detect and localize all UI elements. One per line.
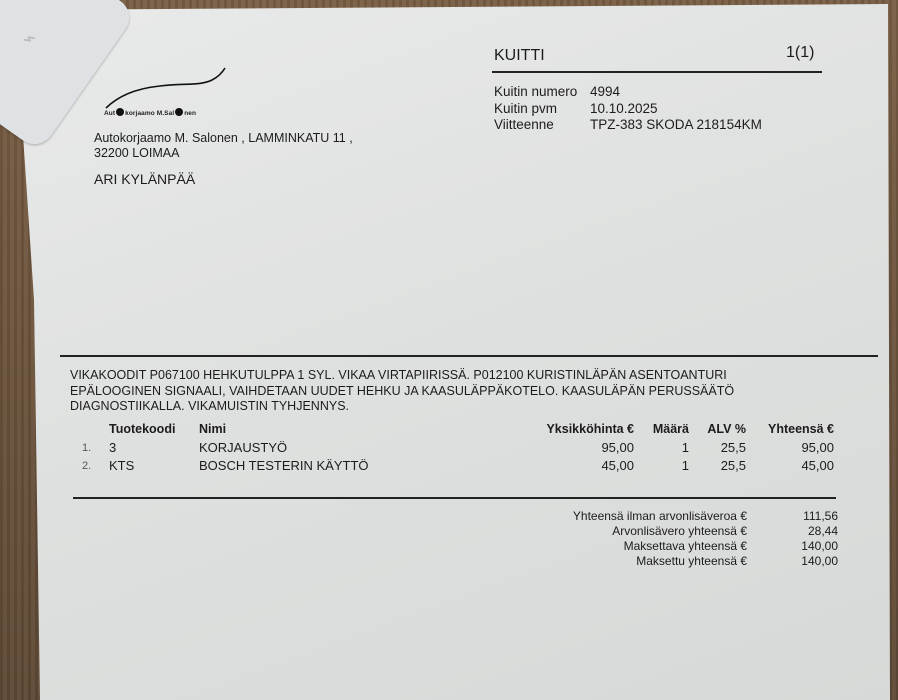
divider (73, 497, 836, 499)
company-logo-text: Autkorjaamo M.Salnen (104, 108, 196, 117)
total-payable: Maksettava yhteensä € 140,00 (540, 539, 838, 554)
card-mark-icon: ⌁ (18, 24, 41, 53)
items-table: Tuotekoodi Nimi Yksikköhinta € Määrä ALV… (78, 422, 838, 476)
total-paid: Maksettu yhteensä € 140,00 (540, 554, 838, 569)
receipt-title: KUITTI (494, 47, 545, 65)
total-vat: Arvonlisävero yhteensä € 28,44 (540, 524, 838, 539)
receipt-meta: Kuitin numero 4994 Kuitin pvm 10.10.2025… (494, 84, 762, 134)
meta-row-number: Kuitin numero 4994 (494, 84, 762, 101)
table-row: 1. 3 KORJAUSTYÖ 95,00 1 25,5 95,00 (78, 440, 838, 458)
meta-row-date: Kuitin pvm 10.10.2025 (494, 101, 762, 118)
logo-wheel-icon (175, 108, 183, 116)
customer-name: ARI KYLÄNPÄÄ (94, 171, 195, 187)
logo-wheel-icon (116, 108, 124, 116)
totals-summary: Yhteensä ilman arvonlisäveroa € 111,56 A… (540, 509, 838, 569)
divider (492, 71, 822, 73)
company-logo-swoosh-icon (100, 64, 230, 112)
items-header: Tuotekoodi Nimi Yksikköhinta € Määrä ALV… (78, 422, 838, 440)
page-number: 1(1) (786, 44, 814, 62)
work-description: VIKAKOODIT P067100 HEHKUTULPPA 1 SYL. VI… (70, 368, 850, 415)
meta-row-reference: Viitteenne TPZ-383 SKODA 218154KM (494, 117, 762, 134)
table-row: 2. KTS BOSCH TESTERIN KÄYTTÖ 45,00 1 25,… (78, 458, 838, 476)
total-net: Yhteensä ilman arvonlisäveroa € 111,56 (540, 509, 838, 524)
company-address: Autokorjaamo M. Salonen , LAMMINKATU 11 … (94, 131, 353, 161)
divider (60, 355, 878, 357)
